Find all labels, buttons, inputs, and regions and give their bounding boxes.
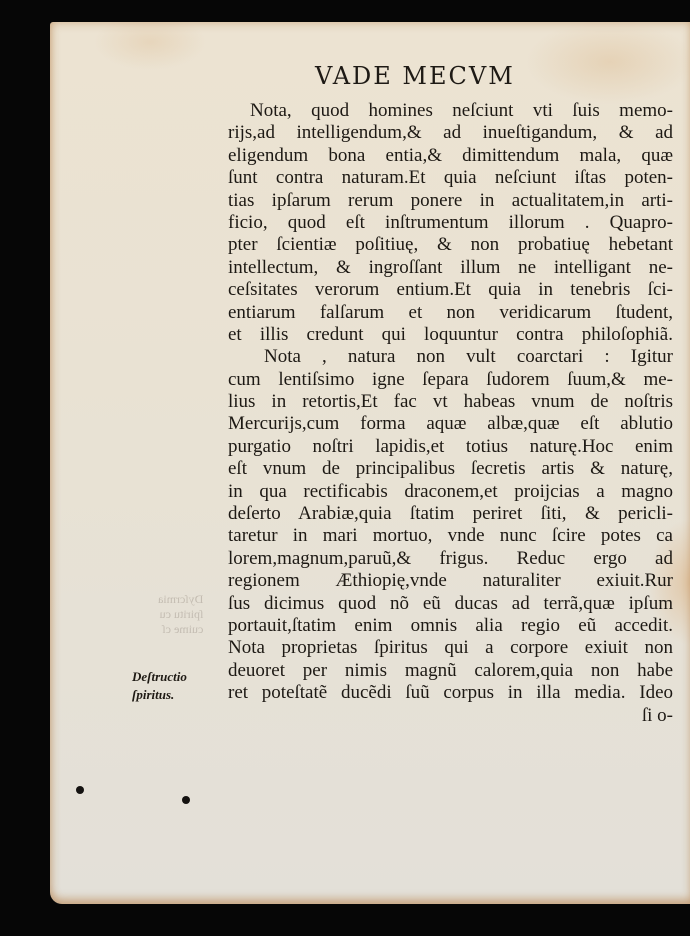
show-through-line: ſpiritu cu: [158, 607, 203, 622]
text-line: cum lentiſsimo igne ſepara ſudorem ſuum,…: [228, 369, 673, 391]
text-line: Mercurijs,cum forma aquæ albæ,quæ eſt ab…: [228, 413, 673, 435]
text-line: taretur in mari mortuo, vnde nunc ſcire …: [228, 525, 673, 547]
text-line: intellectum, & ingroſſant illum ne intel…: [228, 257, 673, 279]
text-line: Nota , natura non vult coarctari : Igitu…: [228, 346, 673, 368]
text-line: ficio, quod eſt inſtrumentum illorum . Q…: [228, 212, 673, 234]
catchword: ſi o-: [228, 705, 673, 727]
binding-hole-mark: [76, 786, 84, 794]
text-line: pter ſcientiæ poſitiuę, & non probatiuę …: [228, 234, 673, 256]
show-through-line: Dyſcrmia: [158, 592, 203, 607]
text-line: in qua rectificabis draconem,et proijcia…: [228, 481, 673, 503]
text-line: rijs,ad intelligendum,& ad inueſtigandum…: [228, 122, 673, 144]
text-line: ſus dicimus quod nõ eũ ducas ad terrã,qu…: [228, 593, 673, 615]
text-line: Nota proprietas ſpiritus qui a corpore e…: [228, 637, 673, 659]
text-line: ſunt contra naturam.Et quia neſciunt iſt…: [228, 167, 673, 189]
show-through-line: cuime cſ: [158, 622, 203, 637]
text-line: purgatio noſtri lapidis,et totius naturę…: [228, 436, 673, 458]
show-through-text: Dyſcrmia ſpiritu cu cuime cſ: [158, 592, 203, 637]
text-line: eſt vnum de principalibus ſecretis artis…: [228, 458, 673, 480]
margin-note-line: Deſtructio: [132, 668, 187, 686]
text-line: portauit,ſtatim enim omnis alia regio eũ…: [228, 615, 673, 637]
text-line: Nota, quod homines neſciunt vti ſuis mem…: [228, 100, 673, 122]
text-line: regionem Æthiopię,vnde naturaliter exiui…: [228, 570, 673, 592]
running-head: VADE MECVM: [315, 62, 515, 90]
body-text: Nota, quod homines neſciunt vti ſuis mem…: [228, 100, 673, 727]
text-line: lorem,magnum,paruũ,& frigus. Reduc ergo …: [228, 548, 673, 570]
margin-note: Deſtructio ſpiritus.: [132, 668, 187, 704]
text-line: lius in retortis,Et fac vt habeas vnum d…: [228, 391, 673, 413]
margin-note-line: ſpiritus.: [132, 686, 187, 704]
text-line: eligendum bona entia,& dimittendum mala,…: [228, 145, 673, 167]
text-line: entiarum falſarum et non veridicarum ſtu…: [228, 302, 673, 324]
text-line: ceſsitates verorum entium.Et quia in ten…: [228, 279, 673, 301]
scanned-book-page-photo: Dyſcrmia ſpiritu cu cuime cſ VADE MECVM …: [0, 0, 690, 936]
text-line: et illis credunt qui loquuntur contra ph…: [228, 324, 673, 346]
text-line: tias ipſarum rerum ponere in actualitate…: [228, 190, 673, 212]
text-line: deſerto Arabiæ,quia ſtatim periret ſiti,…: [228, 503, 673, 525]
binding-hole-mark: [182, 796, 190, 804]
text-line: deuoret per nimis magnũ calorem,quia non…: [228, 660, 673, 682]
text-line: ret poteſtatẽ ducẽdi ſuũ corpus in illa …: [228, 682, 673, 704]
